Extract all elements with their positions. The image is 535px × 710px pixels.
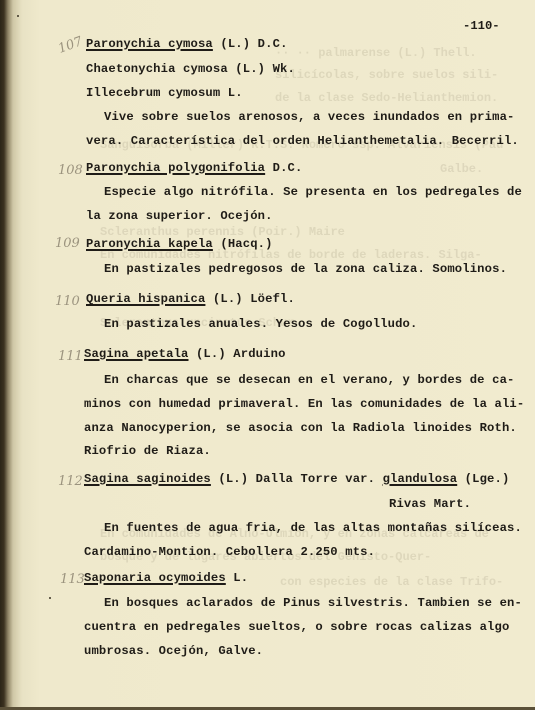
description-line: umbrosas. Ocejón, Galve.: [84, 644, 263, 658]
bleed-through-text: de la clase Sedo-Helianthemion.: [275, 91, 498, 105]
description-line: En fuentes de agua fria, de las altas mo…: [104, 521, 522, 535]
species-author: D.C.: [265, 161, 302, 175]
species-name: Paronychia polygonifolia: [86, 161, 265, 175]
description-line: En charcas que se desecan en el verano, …: [104, 373, 515, 387]
margin-number-107: 107: [56, 34, 84, 57]
description-line: minos con humedad primaveral. En las com…: [84, 397, 524, 411]
bleed-through-text: ·· ·· palmarense (L.) Thell.: [275, 46, 477, 60]
bleed-through-text: Galbe.: [440, 162, 483, 176]
species-author: (L.) Löefl.: [205, 292, 295, 306]
variety-name: glandulosa: [383, 472, 458, 486]
description-line: vera. Característica del orden Helianthe…: [86, 134, 519, 148]
species-author: (Hacq.): [213, 237, 273, 251]
species-name: Paronychia cymosa: [86, 37, 213, 51]
description-line: cuentra en pedregales sueltos, o sobre r…: [84, 620, 509, 634]
margin-number-110: 110: [55, 294, 80, 309]
description-line: anza Nanocyperion, se asocia con la Radi…: [84, 421, 517, 435]
species-author: (L.) Dalla Torre var.: [211, 472, 383, 486]
description-line: Cardamino-Montion. Cebollera 2.250 mts.: [84, 545, 375, 559]
species-name: Paronychia kapela: [86, 237, 213, 251]
species-heading: Paronychia polygonifolia D.C.: [86, 161, 302, 175]
description-line: En pastizales anuales. Yesos de Cogollud…: [104, 317, 417, 331]
species-heading: Paronychia cymosa (L.) D.C.: [86, 37, 288, 51]
margin-number-111: 111: [58, 349, 83, 364]
author-line: Rivas Mart.: [389, 497, 471, 511]
description-line: Riofrio de Riaza.: [84, 444, 211, 458]
bleed-through-text: silicícolas, sobre suelos sili-: [275, 68, 498, 82]
margin-number-113: 113: [60, 572, 85, 587]
species-name: Sagina apetala: [84, 347, 189, 361]
species-name: Sagina saginoides: [84, 472, 211, 486]
margin-number-112: 112: [58, 474, 83, 489]
species-author: (L.) D.C.: [213, 37, 288, 51]
description-line: En pastizales pedregosos de la zona cali…: [104, 262, 507, 276]
bleed-through-text: con especies de la clase Trifo-: [280, 575, 503, 589]
species-author: (L.) Arduino: [189, 347, 286, 361]
species-author: L.: [226, 571, 248, 585]
species-heading: Sagina saginoides (L.) Dalla Torre var. …: [84, 472, 509, 486]
page-number: -110-: [463, 19, 500, 33]
paper-speck: [17, 15, 19, 17]
species-heading: Queria hispanica (L.) Löefl.: [86, 292, 295, 306]
species-heading: Saponaria ocymoides L.: [84, 571, 248, 585]
description-line: Especie algo nitrófila. Se presenta en l…: [104, 185, 522, 199]
description-line: En bosques aclarados de Pinus silvestris…: [104, 596, 522, 610]
paper-speck: [49, 597, 51, 599]
description-line: la zona superior. Ocejón.: [86, 209, 273, 223]
species-heading: Sagina apetala (L.) Arduino: [84, 347, 286, 361]
synonym: Chaetonychia cymosa (L.) Wk.: [86, 62, 295, 76]
species-name: Queria hispanica: [86, 292, 205, 306]
margin-number-109: 109: [55, 236, 80, 251]
species-heading: Paronychia kapela (Hacq.): [86, 237, 273, 251]
description-line: Vive sobre suelos arenosos, a veces inun…: [104, 110, 515, 124]
synonym: Illecebrum cymosum L.: [86, 86, 243, 100]
species-name: Saponaria ocymoides: [84, 571, 226, 585]
variety-author: (Lge.): [457, 472, 509, 486]
margin-number-108: 108: [58, 163, 83, 178]
document-page: ·· ·· palmarense (L.) Thell. silicícolas…: [0, 0, 535, 710]
